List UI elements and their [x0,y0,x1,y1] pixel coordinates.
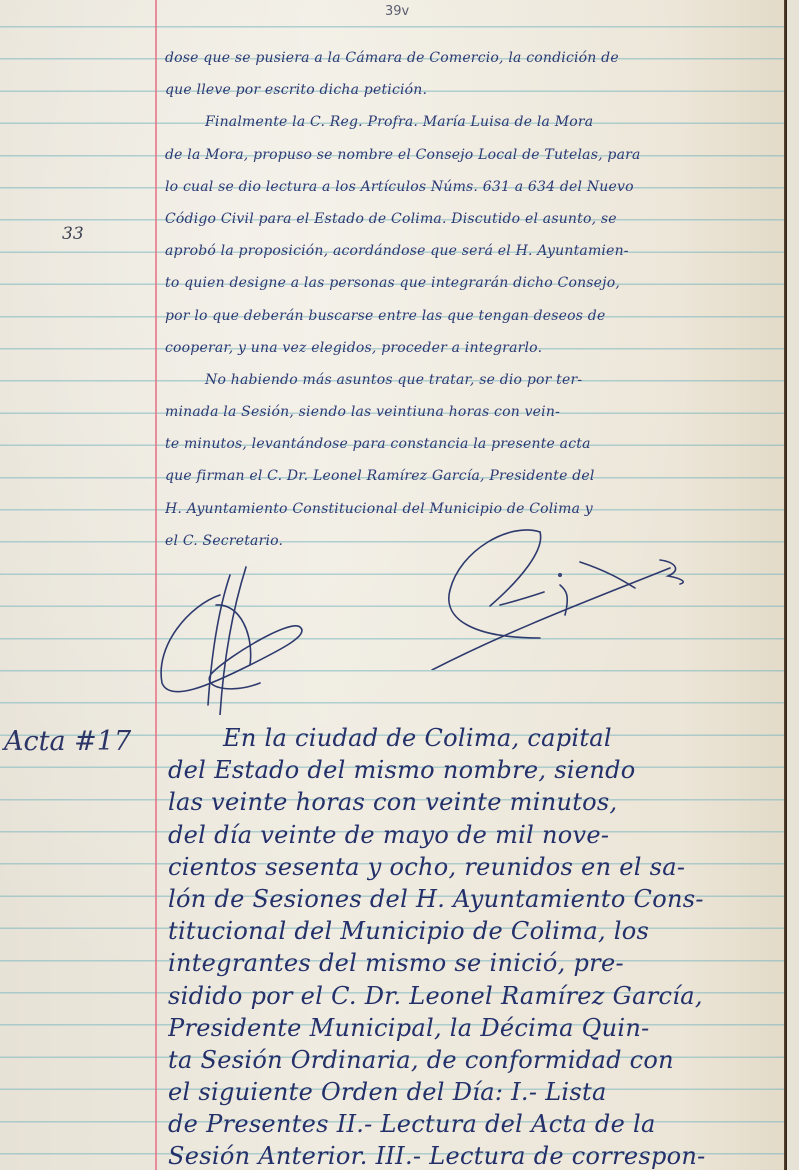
minutes-upper-section: dose que se pusiera a la Cámara de Comer… [165,42,780,557]
text-line: sidido por el C. Dr. Leonel Ramírez Garc… [168,980,783,1012]
text-line: aprobó la proposición, acordándose que s… [165,235,780,267]
text-line: del día veinte de mayo de mil nove- [168,819,783,851]
text-line: No habiendo más asuntos que tratar, se d… [165,364,780,396]
margin-item-number: 33 [62,224,84,244]
text-line: te minutos, levantándose para constancia… [165,428,780,460]
text-line: cooperar, y una vez elegidos, proceder a… [165,332,780,364]
text-line: por lo que deberán buscarse entre las qu… [165,300,780,332]
text-line: lo cual se dio lectura a los Artículos N… [165,171,780,203]
adjacent-page-strip [787,0,799,1170]
text-line: Presidente Municipal, la Décima Quin- [168,1012,783,1044]
text-line: dose que se pusiera a la Cámara de Comer… [165,42,780,74]
text-line: Código Civil para el Estado de Colima. D… [165,203,780,235]
text-line: En la ciudad de Colima, capital [168,722,783,754]
text-line: del Estado del mismo nombre, siendo [168,754,783,786]
folio-number: 39v [385,4,409,19]
text-line: Sesión Anterior. III.- Lectura de corres… [168,1140,783,1170]
signature-right [420,520,690,670]
text-line: lón de Sesiones del H. Ayuntamiento Cons… [168,883,783,915]
text-line: las veinte horas con veinte minutos, [168,786,783,818]
text-line: ta Sesión Ordinaria, de conformidad con [168,1044,783,1076]
acta-label: Acta #17 [4,726,131,757]
text-line: de la Mora, propuso se nombre el Consejo… [165,139,780,171]
ledger-page: 39v 33 Acta #17 dose que se pusiera a la… [0,0,799,1170]
text-line: cientos sesenta y ocho, reunidos en el s… [168,851,783,883]
text-line: Finalmente la C. Reg. Profra. María Luis… [165,106,780,138]
acta-17-text: En la ciudad de Colima, capital del Esta… [168,722,783,1170]
text-line: integrantes del mismo se inició, pre- [168,947,783,979]
text-line: que firman el C. Dr. Leonel Ramírez Garc… [165,460,780,492]
signature-left [150,565,320,715]
text-line: de Presentes II.- Lectura del Acta de la [168,1108,783,1140]
text-line: minada la Sesión, siendo las veintiuna h… [165,396,780,428]
text-line: el siguiente Orden del Día: I.- Lista [168,1076,783,1108]
text-line: titucional del Municipio de Colima, los [168,915,783,947]
text-line: to quien designe a las personas que inte… [165,267,780,299]
text-line: que lleve por escrito dicha petición. [165,74,780,106]
